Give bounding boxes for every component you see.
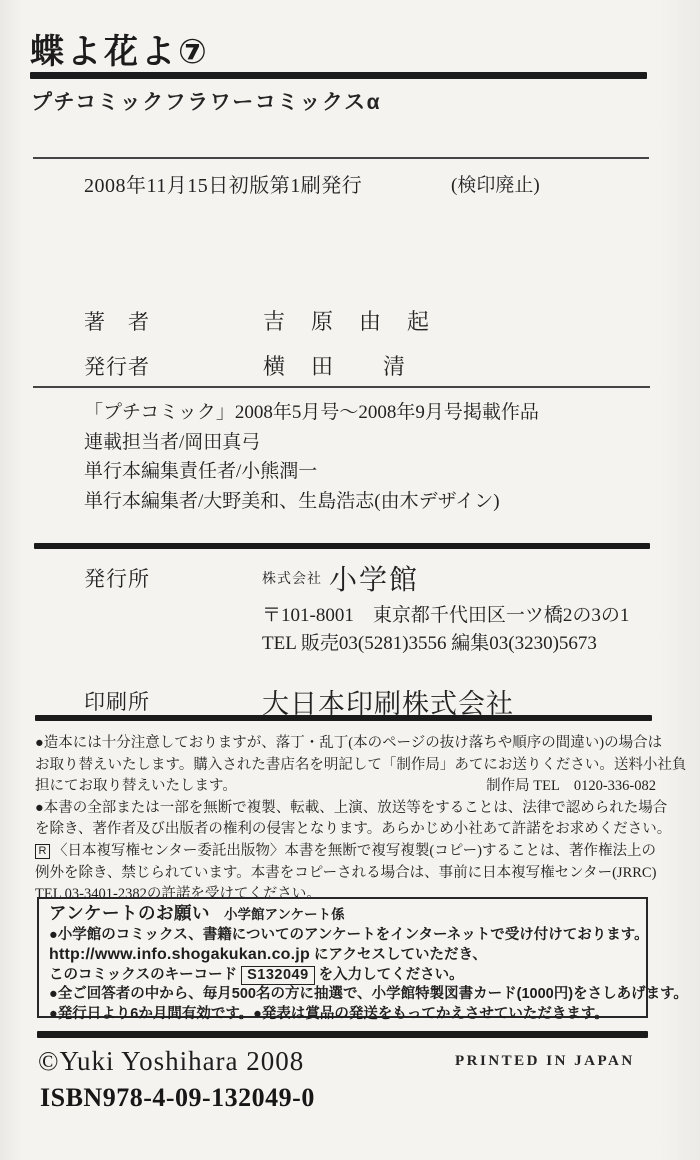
production-bureau-tel: 制作局 TEL 0120-336-082 xyxy=(486,776,656,798)
survey-validity: ●発行日より6か月間有効です。●発表は賞品の発送をもってかえさせていただきます。 xyxy=(49,1005,636,1025)
notice-copyright-1: ●本書の全部または一部を無断で複製、転載、上演、放送等をすることは、法律で認めら… xyxy=(35,798,656,820)
publisher-role-label: 発行者 xyxy=(84,351,150,381)
survey-url-row: http://www.info.shogakukan.co.jp にアクセスして… xyxy=(49,945,636,966)
author-name: 吉 原 由 起 xyxy=(263,305,431,336)
tankobon-editors: 単行本編集者/大野美和、生島浩志(由木デザイン) xyxy=(84,487,539,517)
publisher-person-name: 横 田 清 xyxy=(263,350,407,381)
serialization-source: 「プチコミック」2008年5月号〜2008年9月号掲載作品 xyxy=(84,398,539,428)
notice-defect-1: ●造本には十分注意しておりますが、落丁・乱丁(本のページの抜け落ちや順序の間違い… xyxy=(35,733,656,755)
survey-url: http://www.info.shogakukan.co.jp xyxy=(49,946,310,963)
publisher-company-line: 株式会社小学館 xyxy=(262,558,419,598)
publisher-section-label: 発行所 xyxy=(84,563,150,593)
notice-defect-2: お取り替えいたします。購入された書店名を明記して「制作局」あてにお送りください。… xyxy=(35,755,656,777)
copyright-line: ©Yuki Yoshihara 2008 xyxy=(38,1046,304,1077)
company-name: 小学館 xyxy=(329,565,419,596)
imprint-line: プチコミックフラワーコミックスα xyxy=(31,86,381,116)
notice-jrrc-1-text: 〈日本複写権センター委託出版物〉本書を無断で複写複製(コピー)することは、著作権… xyxy=(53,843,656,859)
survey-keycode-row: このコミックスのキーコードS132049を入力してください。 xyxy=(49,966,636,986)
keycode-prefix: このコミックスのキーコード xyxy=(49,967,237,983)
notice-copyright-2: を除き、著作者及び出版者の権利の侵害となります。あらかじめ小社あて許諾をお求めく… xyxy=(35,819,656,841)
inspection-note: (検印廃止) xyxy=(451,170,540,197)
publisher-address: 〒101-8001 東京都千代田区一ツ橋2の3の1 xyxy=(262,600,629,627)
serialization-editor: 連載担当者/岡田真弓 xyxy=(84,428,539,458)
registered-r-box-icon: R xyxy=(35,844,50,859)
notice-defect-3: 担にてお取り替えいたします。 制作局 TEL 0120-336-082 xyxy=(35,776,656,798)
isbn-number: ISBN978-4-09-132049-0 xyxy=(40,1083,315,1113)
survey-prize: ●全ご回答者の中から、毎月500名の方に抽選で、小学館特製図書カード(1000円… xyxy=(49,985,636,1005)
survey-box: アンケートのお願い 小学館アンケート係 ●小学館のコミックス、書籍についてのアン… xyxy=(37,897,648,1018)
notice-jrrc-1: R〈日本複写権センター委託出版物〉本書を無断で複写複製(コピー)することは、著作… xyxy=(35,841,656,863)
divider-thick-bottom xyxy=(37,1031,648,1038)
divider-thick-2 xyxy=(34,543,650,549)
printer-section-label: 印刷所 xyxy=(84,686,150,716)
legal-notices: ●造本には十分注意しておりますが、落丁・乱丁(本のページの抜け落ちや順序の間違い… xyxy=(35,733,656,906)
keycode-box: S132049 xyxy=(241,966,315,985)
survey-intro: ●小学館のコミックス、書籍についてのアンケートをインターネットで受け付けておりま… xyxy=(49,926,636,946)
tankobon-chief-editor: 単行本編集責任者/小熊潤一 xyxy=(84,457,539,487)
survey-url-suffix: にアクセスしていただき、 xyxy=(310,947,487,963)
survey-dept: 小学館アンケート係 xyxy=(224,907,345,922)
book-title: 蝶よ花よ⑦ xyxy=(30,24,210,73)
survey-heading-row: アンケートのお願い 小学館アンケート係 xyxy=(49,904,636,926)
colophon-page: 蝶よ花よ⑦ プチコミックフラワーコミックスα 2008年11月15日初版第1刷発… xyxy=(0,0,700,1160)
survey-heading: アンケートのお願い xyxy=(49,903,210,923)
divider-thin-2 xyxy=(33,386,650,388)
serialization-block: 「プチコミック」2008年5月号〜2008年9月号掲載作品 連載担当者/岡田真弓… xyxy=(84,398,539,516)
divider-thick-3 xyxy=(35,715,652,721)
divider-thin-1 xyxy=(33,157,649,159)
company-prefix: 株式会社 xyxy=(262,572,322,587)
printed-in-japan: PRINTED IN JAPAN xyxy=(455,1053,635,1070)
notice-defect-3-left: 担にてお取り替えいたします。 xyxy=(35,776,237,798)
publisher-phones: TEL 販売03(5281)3556 編集03(3230)5673 xyxy=(262,628,597,655)
notice-jrrc-2: 例外を除き、禁じられています。本書をコピーされる場合は、事前に日本複写権センター… xyxy=(35,863,656,885)
author-label: 著 者 xyxy=(84,306,150,336)
divider-thick-top xyxy=(30,72,647,79)
edition-date: 2008年11月15日初版第1刷発行 xyxy=(84,169,362,198)
keycode-suffix: を入力してください。 xyxy=(319,967,464,983)
